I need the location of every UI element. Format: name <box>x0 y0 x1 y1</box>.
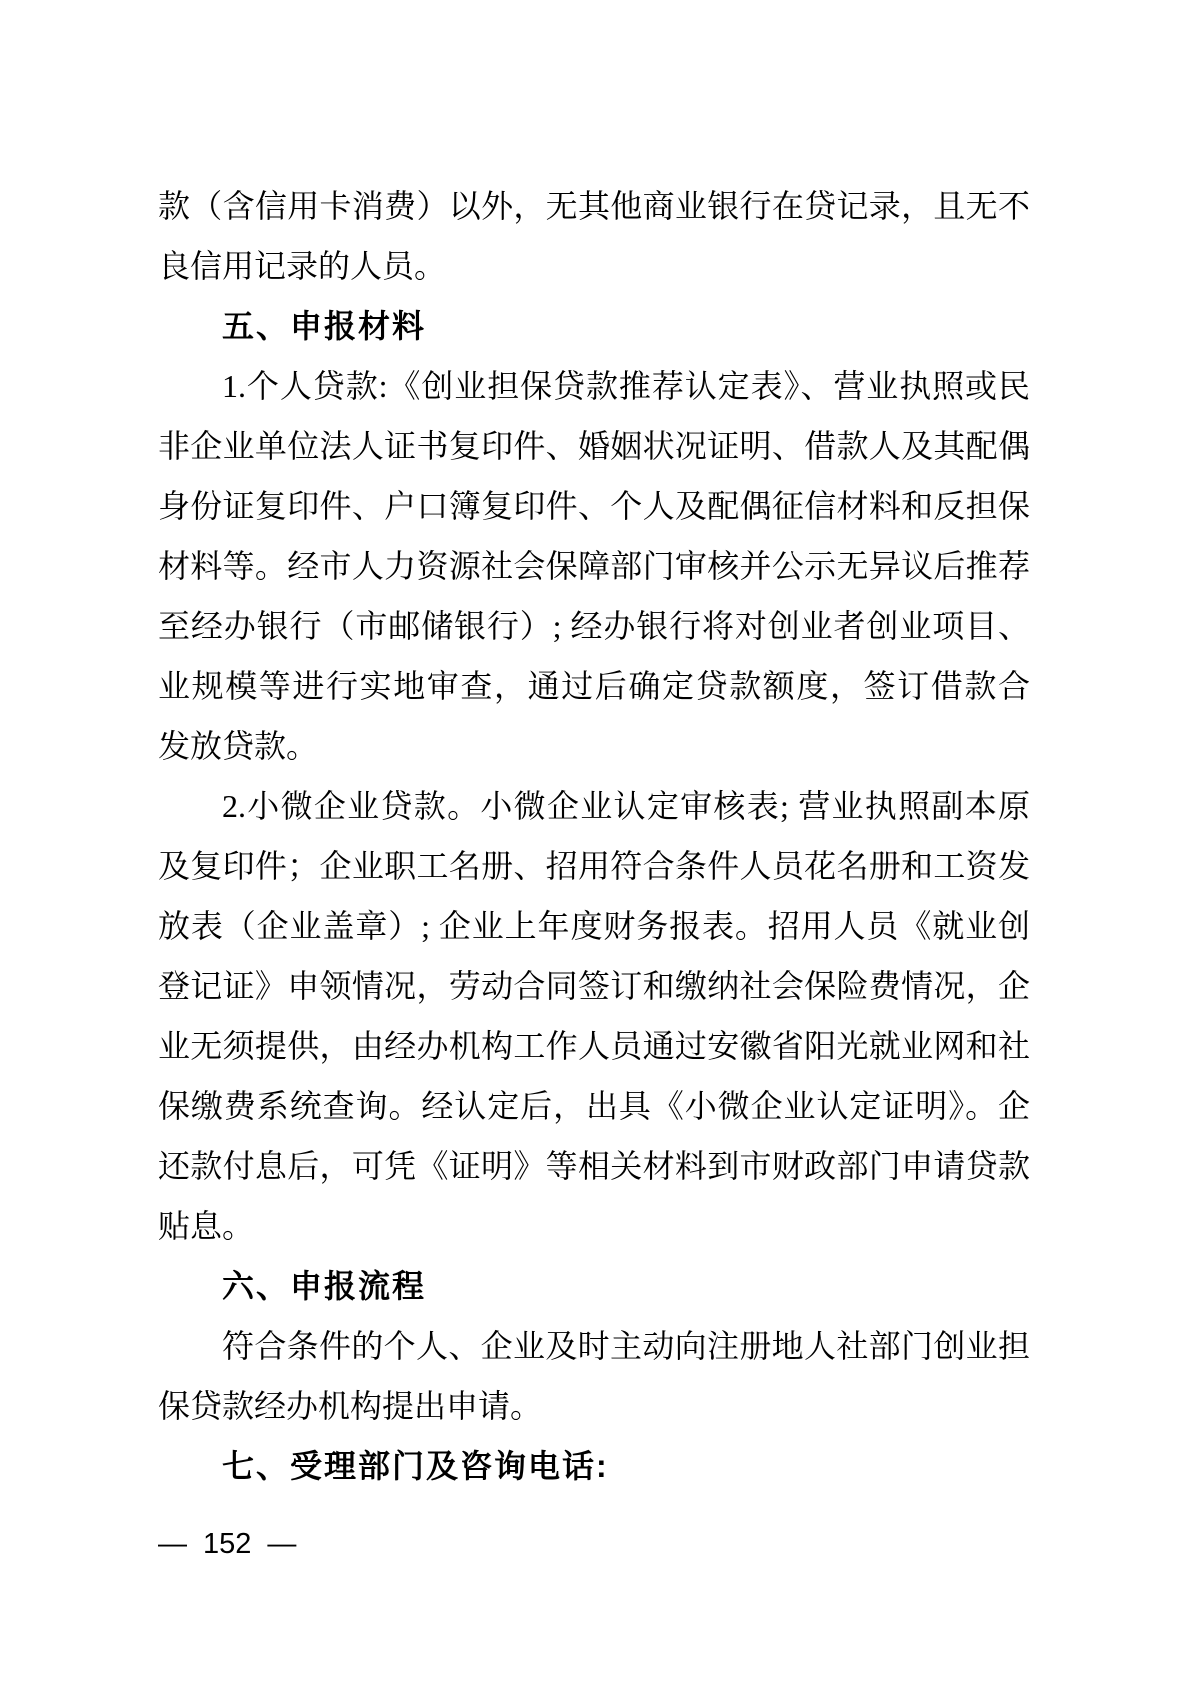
text-line: 至经办银行（市邮储银行）; 经办银行将对创业者创业项目、创 <box>158 596 1030 656</box>
text-line: 款（含信用卡消费）以外，无其他商业银行在贷记录，且无不 <box>158 176 1030 236</box>
document-body: 款（含信用卡消费）以外，无其他商业银行在贷记录，且无不 良信用记录的人员。 五、… <box>158 176 1030 1496</box>
text-line: 保贷款经办机构提出申请。 <box>158 1376 1030 1436</box>
text-line: 材料等。经市人力资源社会保障部门审核并公示无异议后推荐 <box>158 536 1030 596</box>
text-line: 非企业单位法人证书复印件、婚姻状况证明、借款人及其配偶 <box>158 416 1030 476</box>
text-line: 发放贷款。 <box>158 716 1030 776</box>
text-line: 1.个人贷款:《创业担保贷款推荐认定表》、营业执照或民办 <box>158 356 1030 416</box>
page-number: 152 <box>203 1527 251 1561</box>
text-line: 登记证》申领情况，劳动合同签订和缴纳社会保险费情况，企 <box>158 956 1030 1016</box>
text-line: 贴息。 <box>158 1196 1030 1256</box>
text-line: 业规模等进行实地审查，通过后确定贷款额度，签订借款合同， <box>158 656 1030 716</box>
text-line: 身份证复印件、户口簿复印件、个人及配偶征信材料和反担保 <box>158 476 1030 536</box>
text-line: 业无须提供，由经办机构工作人员通过安徽省阳光就业网和社 <box>158 1016 1030 1076</box>
section-heading-7: 七、受理部门及咨询电话: <box>158 1436 1030 1496</box>
text-line: 放表（企业盖章）; 企业上年度财务报表。招用人员《就业创业 <box>158 896 1030 956</box>
text-line: 2.小微企业贷款。小微企业认定审核表; 营业执照副本原件 <box>158 776 1030 836</box>
section-heading-6: 六、申报流程 <box>158 1256 1030 1316</box>
text-line: 保缴费系统查询。经认定后，出具《小微企业认定证明》。企业 <box>158 1076 1030 1136</box>
section-heading-5: 五、申报材料 <box>158 296 1030 356</box>
text-line: 还款付息后，可凭《证明》等相关材料到市财政部门申请贷款 <box>158 1136 1030 1196</box>
text-line: 符合条件的个人、企业及时主动向注册地人社部门创业担 <box>158 1316 1030 1376</box>
footer-dash-left: — <box>158 1527 187 1561</box>
text-line: 良信用记录的人员。 <box>158 236 1030 296</box>
document-page: 款（含信用卡消费）以外，无其他商业银行在贷记录，且无不 良信用记录的人员。 五、… <box>0 0 1190 1683</box>
text-line: 及复印件；企业职工名册、招用符合条件人员花名册和工资发 <box>158 836 1030 896</box>
page-footer: — 152 — <box>158 1527 296 1561</box>
footer-dash-right: — <box>267 1527 296 1561</box>
